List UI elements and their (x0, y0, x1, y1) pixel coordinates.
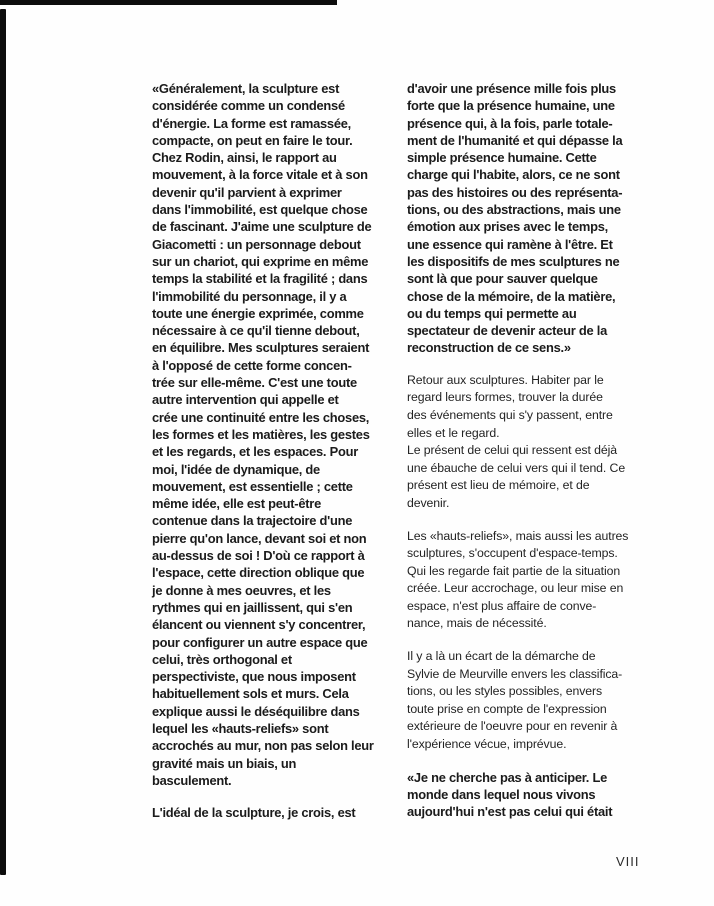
scan-edge-artifact-left (0, 9, 6, 875)
text-column-right: d'avoir une présence mille fois plus for… (407, 80, 670, 836)
text-column-left: «Généralement, la sculpture est considér… (152, 80, 404, 836)
quote-paragraph: d'avoir une présence mille fois plus for… (407, 80, 670, 357)
page-number: VIII (616, 854, 640, 869)
scan-edge-artifact-top (0, 0, 337, 5)
quote-paragraph: «Généralement, la sculpture est considér… (152, 80, 404, 789)
quote-paragraph-continuation: L'idéal de la sculpture, je crois, est (152, 804, 404, 821)
commentary-paragraph: Les «hauts-reliefs», mais aussi les autr… (407, 528, 670, 634)
commentary-paragraph: Il y a là un écart de la démarche de Syl… (407, 648, 670, 754)
document-page: «Généralement, la sculpture est considér… (0, 0, 714, 906)
quote-paragraph: «Je ne cherche pas à anticiper. Le monde… (407, 769, 670, 821)
commentary-paragraph: Retour aux sculptures. Habiter par le re… (407, 372, 670, 513)
